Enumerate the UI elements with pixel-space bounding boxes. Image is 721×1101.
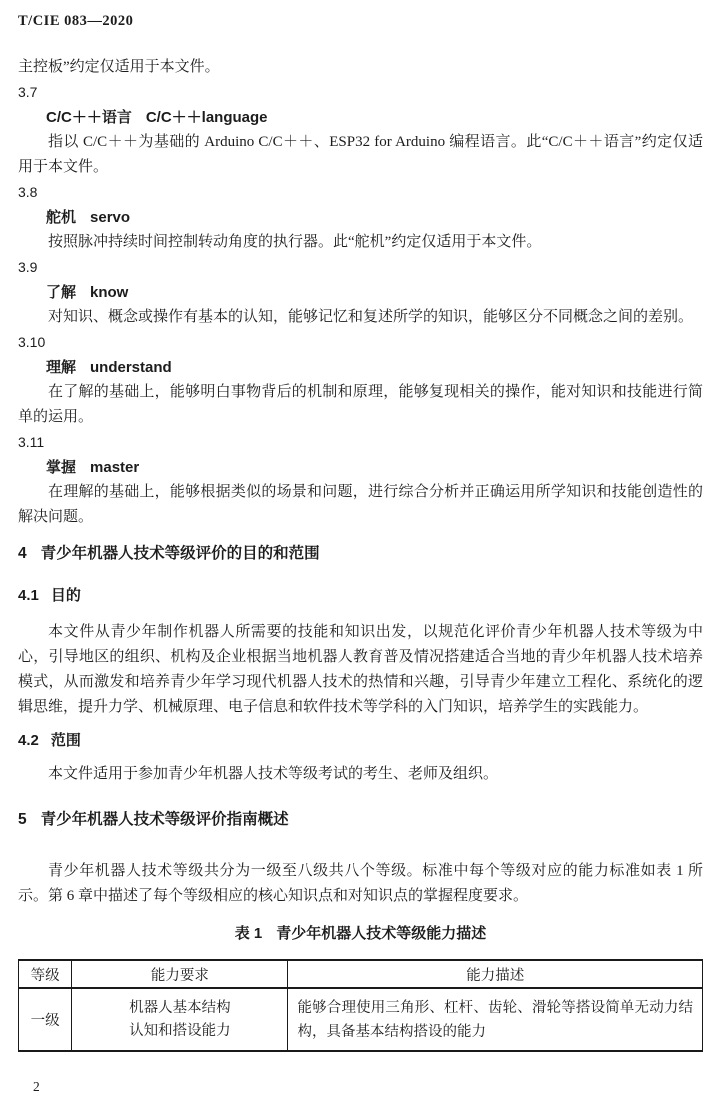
table-row-level-1: 一级 机器人基本结构 认知和搭设能力 能够合理使用三角形、杠杆、齿轮、滑轮等搭设…	[19, 988, 703, 1051]
paragraph-4-2: 本文件适用于参加青少年机器人技术等级考试的考生、老师及组织。	[18, 762, 703, 787]
section-4-1-heading: 4.1目的	[18, 586, 703, 606]
paragraph-4-1: 本文件从青少年制作机器人所需要的技能和知识出发，以规范化评价青少年机器人技术等级…	[18, 620, 703, 720]
term-block-3-9: 3.9 了解know 对知识、概念或操作有基本的认知，能够记忆和复述所学的知识，…	[18, 255, 703, 330]
clause-number: 3.11	[18, 430, 703, 455]
paragraph-5: 青少年机器人技术等级共分为一级至八级共八个等级。标准中每个等级对应的能力标准如表…	[18, 859, 703, 909]
term-block-3-8: 3.8 舵机servo 按照脉冲持续时间控制转动角度的执行器。此“舵机”约定仅适…	[18, 180, 703, 255]
section-title: 青少年机器人技术等级评价指南概述	[41, 811, 289, 828]
clause-number: 3.7	[18, 80, 703, 105]
section-number: 5	[18, 811, 27, 828]
term-name: 舵机servo	[18, 205, 703, 230]
term-name: C/C＋＋语言C/C＋＋language	[18, 105, 703, 130]
term-en: servo	[90, 209, 130, 226]
cell-description: 能够合理使用三角形、杠杆、齿轮、滑轮等搭设简单无动力结构，具备基本结构搭设的能力	[288, 988, 703, 1051]
clause-number: 3.10	[18, 330, 703, 355]
cell-requirement: 机器人基本结构 认知和搭设能力	[72, 988, 288, 1051]
paragraph-intro-tail: 主控板”约定仅适用于本文件。	[18, 55, 703, 80]
table-header-row: 等级 能力要求 能力描述	[19, 960, 703, 988]
term-zh: 了解	[46, 284, 76, 301]
column-header-requirement: 能力要求	[72, 960, 288, 988]
clause-number: 3.9	[18, 255, 703, 280]
column-header-level: 等级	[19, 960, 72, 988]
term-block-3-7: 3.7 C/C＋＋语言C/C＋＋language 指以 C/C＋＋为基础的 Ar…	[18, 80, 703, 180]
term-definition: 对知识、概念或操作有基本的认知，能够记忆和复述所学的知识，能够区分不同概念之间的…	[18, 305, 703, 330]
term-en: know	[90, 284, 128, 301]
table-label: 表 1	[235, 925, 263, 942]
section-number: 4	[18, 545, 27, 562]
term-definition: 在了解的基础上，能够明白事物背后的机制和原理，能够复现相关的操作，能对知识和技能…	[18, 380, 703, 430]
term-zh: 理解	[46, 359, 76, 376]
term-zh: 掌握	[46, 459, 76, 476]
term-definition: 按照脉冲持续时间控制转动角度的执行器。此“舵机”约定仅适用于本文件。	[18, 230, 703, 255]
section-title: 范围	[51, 732, 81, 749]
clause-number: 3.8	[18, 180, 703, 205]
table-title-text: 青少年机器人技术等级能力描述	[276, 925, 486, 942]
term-block-3-10: 3.10 理解understand 在了解的基础上，能够明白事物背后的机制和原理…	[18, 330, 703, 430]
term-en: master	[90, 459, 139, 476]
term-block-3-11: 3.11 掌握master 在理解的基础上，能够根据类似的场景和问题，进行综合分…	[18, 430, 703, 530]
term-name: 理解understand	[18, 355, 703, 380]
term-definition: 在理解的基础上，能够根据类似的场景和问题，进行综合分析并正确运用所学知识和技能创…	[18, 480, 703, 530]
requirement-line: 认知和搭设能力	[72, 1020, 287, 1043]
section-number: 4.2	[18, 732, 39, 749]
term-name: 掌握master	[18, 455, 703, 480]
table-1-title: 表 1青少年机器人技术等级能力描述	[18, 925, 703, 943]
doc-number: T/CIE 083—2020	[18, 13, 133, 29]
document-header: T/CIE 083—2020	[18, 0, 703, 31]
document-page: T/CIE 083—2020 主控板”约定仅适用于本文件。 3.7 C/C＋＋语…	[0, 0, 721, 1101]
section-number: 4.1	[18, 587, 39, 604]
section-4-2-heading: 4.2范围	[18, 731, 703, 751]
cell-level: 一级	[19, 988, 72, 1051]
term-zh: C/C＋＋语言	[46, 109, 132, 126]
term-name: 了解know	[18, 280, 703, 305]
grade-capability-table: 等级 能力要求 能力描述 一级 机器人基本结构 认知和搭设能力 能够合理使用三角…	[18, 959, 703, 1052]
term-en: C/C＋＋language	[146, 109, 268, 126]
section-title: 青少年机器人技术等级评价的目的和范围	[41, 545, 320, 562]
section-title: 目的	[51, 587, 81, 604]
column-header-description: 能力描述	[288, 960, 703, 988]
requirement-line: 机器人基本结构	[72, 997, 287, 1020]
section-5-heading: 5青少年机器人技术等级评价指南概述	[18, 810, 703, 830]
term-en: understand	[90, 359, 172, 376]
page-number: 2	[18, 1079, 703, 1095]
term-zh: 舵机	[46, 209, 76, 226]
term-definition: 指以 C/C＋＋为基础的 Arduino C/C＋＋、ESP32 for Ard…	[18, 130, 703, 180]
section-4-heading: 4青少年机器人技术等级评价的目的和范围	[18, 544, 703, 564]
